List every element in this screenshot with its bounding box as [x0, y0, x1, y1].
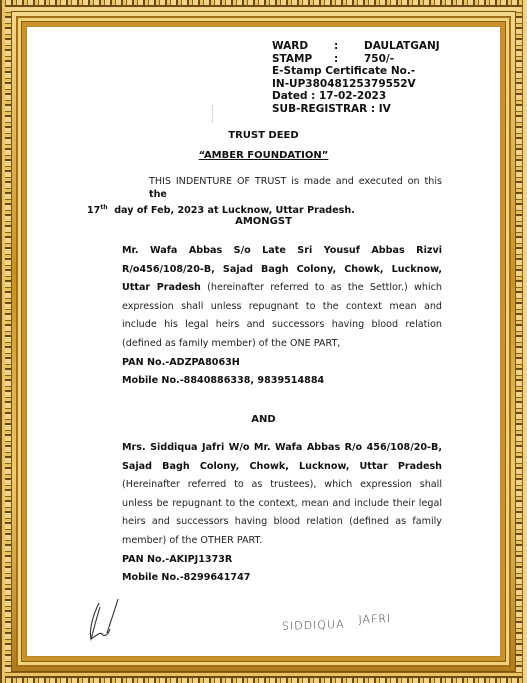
- stamp-details: WARD : DAULATGANJ STAMP : 750/- E-Stamp …: [272, 40, 440, 116]
- trust-name: “AMBER FOUNDATION”: [27, 150, 500, 161]
- settlor-paragraph: Mr. Wafa Abbas S/o Late Sri Yousuf Abbas…: [122, 242, 442, 391]
- ornate-gold-frame: WARD : DAULATGANJ STAMP : 750/- E-Stamp …: [0, 0, 527, 683]
- trustee-signature: SIDDIQUAJAFRI: [282, 616, 392, 633]
- document-page: WARD : DAULATGANJ STAMP : 750/- E-Stamp …: [26, 26, 501, 657]
- settlor-mobile: Mobile No.-8840886338, 9839514884: [122, 375, 324, 386]
- stamp-value: 750/-: [364, 53, 394, 66]
- dated: Dated : 17-02-2023: [272, 90, 440, 103]
- ward-value: DAULATGANJ: [364, 40, 440, 53]
- trustee-paragraph: Mrs. Siddiqua Jafri W/o Mr. Wafa Abbas R…: [122, 439, 442, 588]
- trustee-mobile: Mobile No.-8299641747: [122, 572, 250, 583]
- trustee-name-address: Mrs. Siddiqua Jafri W/o Mr. Wafa Abbas R…: [122, 442, 442, 472]
- settlor-signature: [85, 595, 135, 645]
- sub-registrar: SUB-REGISTRAR : IV: [272, 103, 440, 116]
- certificate-label: E-Stamp Certificate No.-: [272, 65, 440, 78]
- trustee-pan: PAN No.-AKIPJ1373R: [122, 554, 232, 565]
- scan-mark: [212, 105, 215, 123]
- amongst-heading: AMONGST: [27, 216, 500, 227]
- certificate-number: IN-UP38048125379552V: [272, 78, 440, 91]
- document-title: TRUST DEED: [27, 130, 500, 141]
- stamp-row: STAMP : 750/-: [272, 53, 440, 66]
- intro-paragraph: THIS INDENTURE OF TRUST is made and exec…: [87, 175, 442, 217]
- settlor-pan: PAN No.-ADZPA8063H: [122, 357, 240, 368]
- ward-row: WARD : DAULATGANJ: [272, 40, 440, 53]
- and-heading: AND: [27, 414, 500, 425]
